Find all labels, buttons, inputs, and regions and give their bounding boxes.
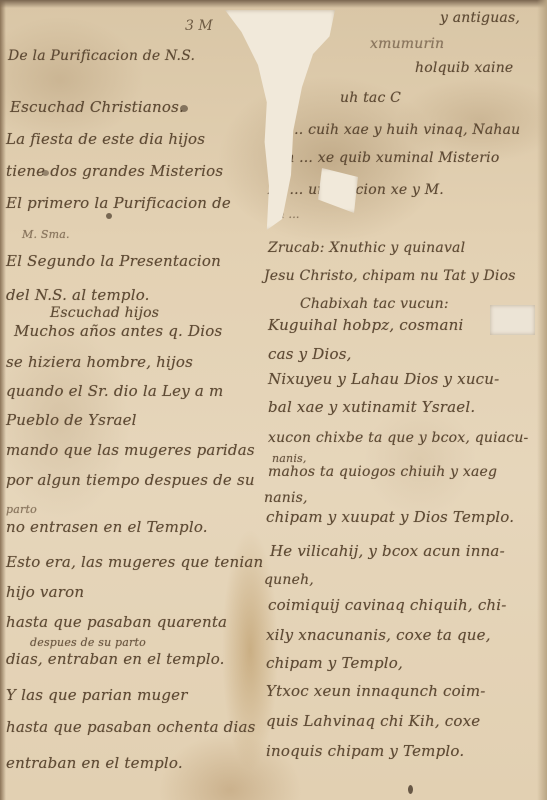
left-line: El Segundo la Presentacion: [6, 252, 221, 270]
page-edge-top: [0, 0, 547, 8]
left-line: entraban en el templo.: [6, 754, 183, 772]
left-line: Escuchad Christianos.: [10, 98, 184, 116]
torn-paper-patch: [318, 168, 358, 213]
ink-blot: [408, 785, 413, 794]
ink-blot: [106, 213, 112, 219]
page-edge-right: [537, 0, 547, 800]
right-line: Zr ... cuih xae y huih vinaq, Nahau: [268, 122, 520, 138]
left-line: tiene dos grandes Misterios: [6, 162, 223, 180]
right-line: coimiquij cavinaq chiquih, chi-: [268, 596, 507, 614]
ink-blot: [42, 170, 49, 176]
left-line: despues de su parto: [30, 636, 146, 649]
left-line: parto: [6, 503, 37, 516]
left-line: Y las que parian muger: [6, 686, 188, 704]
right-line: cas y Dios,: [268, 345, 352, 363]
right-line: uh tac C: [340, 90, 401, 106]
right-line: mahos ta quiogos chiuih y xaeg: [268, 464, 497, 480]
left-line: Escuchad hijos: [50, 305, 159, 321]
right-line: chipam y Templo,: [266, 654, 403, 672]
right-line: chipam y xuupat y Dios Templo.: [266, 508, 514, 526]
right-line: y antiguas,: [440, 10, 520, 26]
right-line: Zrucab: Xnuthic y quinaval: [268, 240, 465, 256]
left-line: no entrasen en el Templo.: [6, 518, 208, 536]
right-line: He vilicahij, y bcox acun inna-: [270, 542, 505, 560]
left-line: Pueblo de Ysrael: [6, 411, 137, 429]
ink-blot: [180, 105, 188, 112]
right-line: xmumurin: [370, 36, 444, 52]
page-edge-left: [0, 0, 6, 800]
right-line: Chabixah tac vucun:: [300, 296, 449, 312]
right-line: Jesu Christo, chipam nu Tat y Dios: [264, 268, 516, 284]
heading-left: De la Purificacion de N.S.: [8, 48, 195, 64]
folio-mark: 3 M: [185, 18, 213, 34]
left-line: La fiesta de este dia hijos: [6, 130, 205, 148]
left-line: dias, entraban en el templo.: [6, 650, 225, 668]
right-line: nanis,: [264, 490, 308, 506]
left-line: El primero la Purificacion de: [6, 194, 231, 212]
right-line: quis Lahvinaq chi Kih, coxe: [266, 712, 480, 730]
right-line: xucon chixbe ta que y bcox, quiacu-: [268, 430, 529, 446]
right-line: xily xnacunanis, coxe ta que,: [266, 626, 491, 644]
left-line: mando que las mugeres paridas: [6, 441, 255, 459]
left-line: quando el Sr. dio la Ley a m: [6, 382, 223, 400]
left-line: hasta que pasaban quarenta: [6, 613, 227, 631]
left-line: hijo varon: [6, 583, 84, 601]
right-line: Kuguihal hobpz, cosmani: [268, 316, 463, 334]
left-line: Muchos años antes q. Dios: [14, 322, 222, 340]
left-line: M. Sma.: [22, 228, 70, 241]
right-line: Nixuyeu y Lahau Dios y xucu-: [268, 370, 499, 388]
right-line: holquib xaine: [415, 60, 513, 76]
left-line: por algun tiempo despues de su: [6, 471, 255, 489]
right-line: bal xae y xutinamit Ysrael.: [268, 398, 475, 416]
torn-paper-patch: [490, 305, 535, 335]
right-line: inoquis chipam y Templo.: [266, 742, 464, 760]
manuscript-page: 3 M De la Purificacion de N.S. Escuchad …: [0, 0, 547, 800]
left-line: se hiziera hombre, hijos: [6, 353, 193, 371]
right-line: quneh,: [264, 572, 314, 588]
right-line: Ytxoc xeun innaqunch coim-: [266, 682, 486, 700]
left-line: Esto era, las mugeres que tenian: [6, 553, 263, 571]
right-line: cun ... xe quib xuminal Misterio: [268, 150, 500, 166]
left-line: del N.S. al templo.: [6, 286, 150, 304]
left-line: hasta que pasaban ochenta dias: [6, 718, 256, 736]
